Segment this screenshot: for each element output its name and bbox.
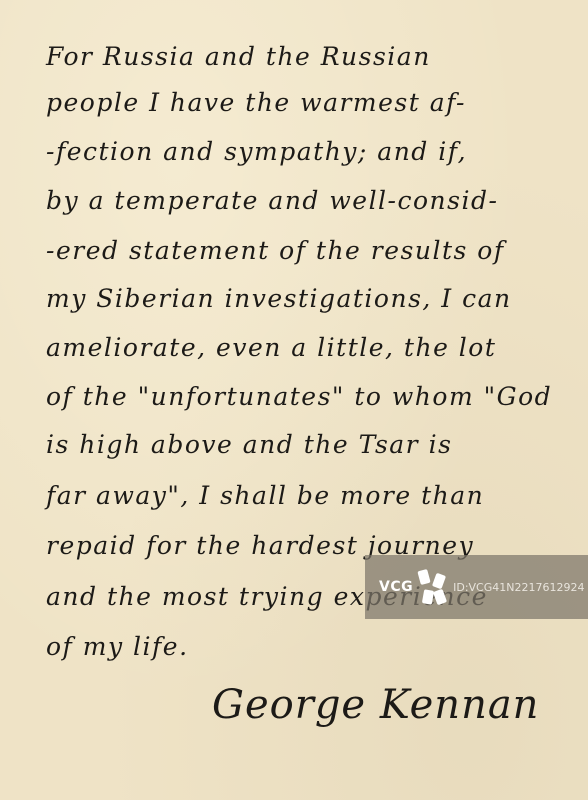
letter-line: of my life. [46, 634, 189, 659]
letter-page: For Russia and the Russian people I have… [0, 0, 588, 800]
letter-line: by a temperate and well-consid- [46, 188, 498, 213]
letter-line: of the "unfortunates" to whom "God [46, 384, 552, 409]
letter-line: is high above and the Tsar is [46, 432, 452, 457]
signature: George Kennan [212, 682, 539, 728]
letter-line: people I have the warmest af- [46, 90, 466, 115]
flower-logo-icon [417, 568, 447, 606]
letter-line: ameliorate, even a little, the lot [46, 335, 496, 360]
letter-line: -fection and sympathy; and if, [46, 139, 467, 164]
letter-line: -ered statement of the results of [46, 238, 505, 263]
watermark-logo: VCG [379, 579, 413, 595]
watermark-banner: VCG ID:VCG41N2217612924 [365, 555, 588, 619]
watermark-id: ID:VCG41N2217612924 [453, 581, 584, 594]
letter-line: For Russia and the Russian [46, 44, 431, 69]
letter-line: my Siberian investigations, I can [46, 286, 512, 311]
letter-line: far away", I shall be more than [46, 483, 484, 508]
